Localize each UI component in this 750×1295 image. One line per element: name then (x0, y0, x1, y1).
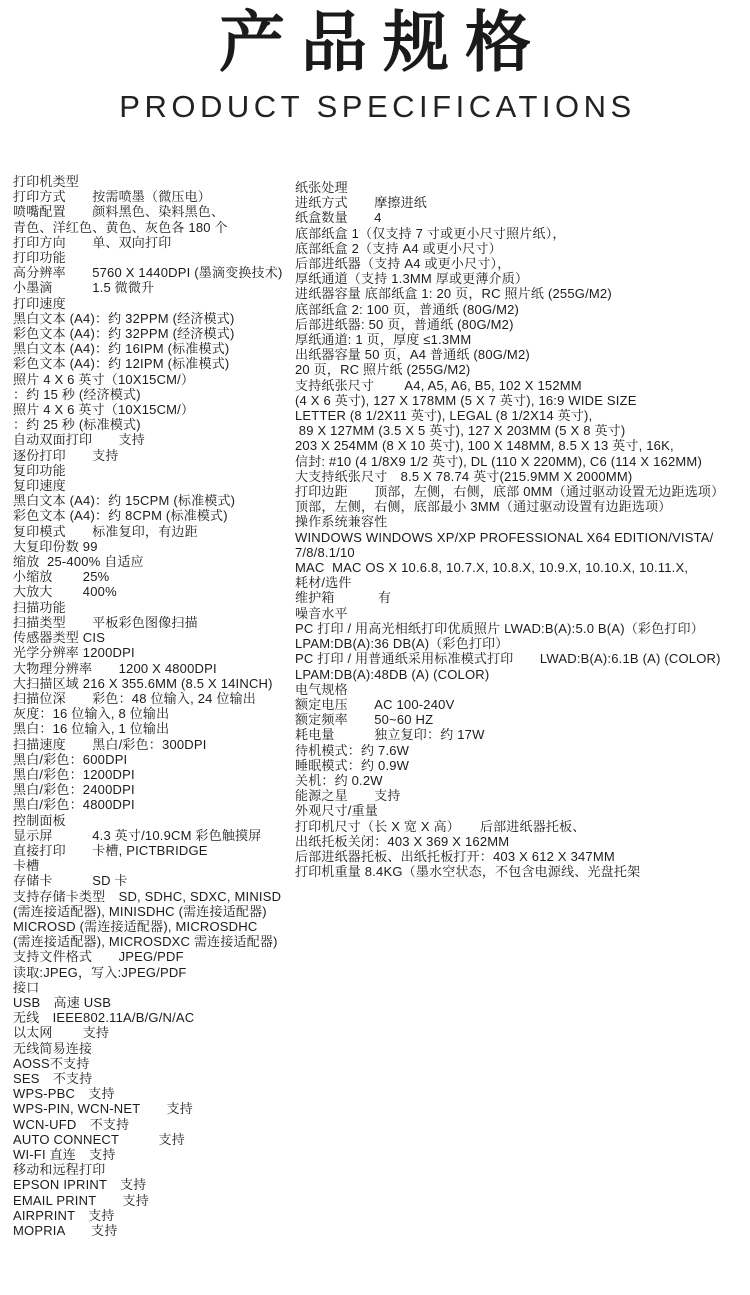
spec-line: 无线 IEEE802.11A/B/G/N/AC (13, 1010, 294, 1025)
spec-line: 打印功能 (13, 250, 294, 265)
spec-line: 高分辨率 5760 X 1440DPI (墨滴变换技术) (13, 265, 294, 280)
spec-line: MAC MAC OS X 10.6.8, 10.7.X, 10.8.X, 10.… (295, 560, 750, 575)
spec-line: PC 打印 / 用普通纸采用标准模式打印 LWAD:B(A):6.1B (A) … (295, 651, 750, 666)
spec-line: 大放大 400% (13, 584, 294, 599)
spec-line: 电气规格 (295, 682, 750, 697)
spec-line: 逐份打印 支持 (13, 448, 294, 463)
spec-line: 大物理分辨率 1200 X 4800DPI (13, 661, 294, 676)
spec-line: ：约 25 秒 (标准模式) (13, 417, 294, 432)
left-spec-column: 打印机类型打印方式 按需喷墨（微压电）喷嘴配置 颜料黑色、染料黑色、青色、洋红色… (13, 174, 294, 1238)
spec-line: 存储卡 SD 卡 (13, 873, 294, 888)
spec-line: 支持存储卡类型 SD, SDHC, SDXC, MINISD (13, 889, 294, 904)
spec-line: 控制面板 (13, 813, 294, 828)
spec-line: 照片 4 X 6 英寸（10X15CM/） (13, 402, 294, 417)
spec-line: 出纸器容量 50 页，A4 普通纸 (80G/M2) (295, 347, 750, 362)
spec-line: 复印速度 (13, 478, 294, 493)
spec-line: 小墨滴 1.5 微微升 (13, 280, 294, 295)
spec-line: 进纸方式 摩擦进纸 (295, 195, 750, 210)
spec-line: WPS-PBC 支持 (13, 1086, 294, 1101)
spec-line: 显示屏 4.3 英寸/10.9CM 彩色触摸屏 (13, 828, 294, 843)
spec-line: 睡眠模式：约 0.9W (295, 758, 750, 773)
spec-line: 厚纸通道（支持 1.3MM 厚或更薄介质） (295, 271, 750, 286)
spec-line: 黑白：16 位输入, 1 位输出 (13, 721, 294, 736)
spec-line: 彩色文本 (A4)：约 8CPM (标准模式) (13, 508, 294, 523)
spec-line: SES 不支持 (13, 1071, 294, 1086)
spec-line: 直接打印 卡槽, PICTBRIDGE (13, 843, 294, 858)
spec-line: 大扫描区域 216 X 355.6MM (8.5 X 14INCH) (13, 676, 294, 691)
spec-line: 耗材/选件 (295, 575, 750, 590)
spec-line: 打印方式 按需喷墨（微压电） (13, 189, 294, 204)
spec-line: 底部纸盒 2（支持 A4 或更小尺寸） (295, 241, 750, 256)
spec-line: 打印方向 单、双向打印 (13, 235, 294, 250)
spec-line: 黑白/彩色：2400DPI (13, 782, 294, 797)
spec-line: AOSS不支持 (13, 1056, 294, 1071)
spec-line: 扫描位深 彩色：48 位输入, 24 位输出 (13, 691, 294, 706)
spec-line: 打印速度 (13, 296, 294, 311)
spec-line: 小缩放 25% (13, 569, 294, 584)
spec-line: 维护箱 有 (295, 590, 750, 605)
spec-line: MICROSD (需连接适配器), MICROSDHC (13, 919, 294, 934)
spec-line: 后部进纸器托板、出纸托板打开：403 X 612 X 347MM (295, 849, 750, 864)
product-spec-sheet: 产品规格 PRODUCT SPECIFICATIONS 打印机类型打印方式 按需… (0, 0, 750, 1295)
spec-line: 传感器类型 CIS (13, 630, 294, 645)
spec-line: USB 高速 USB (13, 995, 294, 1010)
spec-line: 厚纸通道: 1 页，厚度 ≤1.3MM (295, 332, 750, 347)
spec-line: 打印边距 顶部，左侧，右侧，底部 0MM（通过驱动设置无边距选项） (295, 484, 750, 499)
spec-line: 青色、洋红色、黄色、灰色各 180 个 (13, 220, 294, 235)
spec-line: 扫描速度 黑白/彩色：300DPI (13, 737, 294, 752)
spec-line: 黑白/彩色：4800DPI (13, 797, 294, 812)
spec-line: 噪音水平 (295, 606, 750, 621)
spec-line: 纸盒数量 4 (295, 210, 750, 225)
spec-line: 耗电量 独立复印：约 17W (295, 727, 750, 742)
spec-line: 大复印份数 99 (13, 539, 294, 554)
page-title-english: PRODUCT SPECIFICATIONS (0, 90, 750, 124)
spec-line: 黑白/彩色：600DPI (13, 752, 294, 767)
spec-line: WI-FI 直连 支持 (13, 1147, 294, 1162)
spec-line: 后部进纸器: 50 页，普通纸 (80G/M2) (295, 317, 750, 332)
spec-line: 黑白文本 (A4)：约 16IPM (标准模式) (13, 341, 294, 356)
spec-line: 大支持纸张尺寸 8.5 X 78.74 英寸(215.9MM X 2000MM) (295, 469, 750, 484)
spec-line: LETTER (8 1/2X11 英寸), LEGAL (8 1/2X14 英寸… (295, 408, 750, 423)
spec-line: 卡槽 (13, 858, 294, 873)
spec-line: LPAM:DB(A):36 DB(A)（彩色打印） (295, 636, 750, 651)
spec-line: 无线简易连接 (13, 1041, 294, 1056)
spec-line: 底部纸盒 2: 100 页，普通纸 (80G/M2) (295, 302, 750, 317)
spec-line: 支持文件格式 JPEG/PDF (13, 949, 294, 964)
spec-line: 能源之星 支持 (295, 788, 750, 803)
spec-line: LPAM:DB(A):48DB (A) (COLOR) (295, 667, 750, 682)
spec-line: 扫描功能 (13, 600, 294, 615)
spec-line: 读取:JPEG，写入:JPEG/PDF (13, 965, 294, 980)
spec-line: 黑白文本 (A4)：约 32PPM (经济模式) (13, 311, 294, 326)
spec-line: 信封: #10 (4 1/8X9 1/2 英寸), DL (110 X 220M… (295, 454, 750, 469)
spec-line: 7/8/8.1/10 (295, 545, 750, 560)
spec-line: WCN-UFD 不支持 (13, 1117, 294, 1132)
spec-line: MOPRIA 支持 (13, 1223, 294, 1238)
spec-line: 打印机重量 8.4KG（墨水空状态，不包含电源线、光盘托架 (295, 864, 750, 879)
spec-line: 203 X 254MM (8 X 10 英寸), 100 X 148MM, 8.… (295, 438, 750, 453)
spec-line: 喷嘴配置 颜料黑色、染料黑色、 (13, 204, 294, 219)
spec-line: 以太网 支持 (13, 1025, 294, 1040)
spec-line: 照片 4 X 6 英寸（10X15CM/） (13, 372, 294, 387)
spec-line: 黑白文本 (A4)：约 15CPM (标准模式) (13, 493, 294, 508)
spec-line: WINDOWS WINDOWS XP/XP PROFESSIONAL X64 E… (295, 530, 750, 545)
spec-line: 出纸托板关闭：403 X 369 X 162MM (295, 834, 750, 849)
spec-line: (需连接适配器), MINISDHC (需连接适配器) (13, 904, 294, 919)
spec-line: 额定频率 50~60 HZ (295, 712, 750, 727)
spec-line: 支持纸张尺寸 A4, A5, A6, B5, 102 X 152MM (295, 378, 750, 393)
spec-line: 灰度：16 位输入, 8 位输出 (13, 706, 294, 721)
spec-line: AIRPRINT 支持 (13, 1208, 294, 1223)
spec-line: 20 页，RC 照片纸 (255G/M2) (295, 362, 750, 377)
page-title-chinese: 产品规格 (0, 0, 750, 78)
spec-line: 打印机类型 (13, 174, 294, 189)
spec-line: 操作系统兼容性 (295, 514, 750, 529)
spec-line: 打印机尺寸（长 X 宽 X 高） 后部进纸器托板、 (295, 819, 750, 834)
spec-line: 彩色文本 (A4)：约 32PPM (经济模式) (13, 326, 294, 341)
spec-line: WPS-PIN, WCN-NET 支持 (13, 1101, 294, 1116)
spec-line: 纸张处理 (295, 180, 750, 195)
spec-line: 扫描类型 平板彩色图像扫描 (13, 615, 294, 630)
spec-line: (需连接适配器), MICROSDXC 需连接适配器) (13, 934, 294, 949)
spec-line: 接口 (13, 980, 294, 995)
spec-line: 移动和远程打印 (13, 1162, 294, 1177)
spec-line: 进纸器容量 底部纸盒 1: 20 页，RC 照片纸 (255G/M2) (295, 286, 750, 301)
spec-line: 复印模式 标准复印，有边距 (13, 524, 294, 539)
spec-line: 待机模式：约 7.6W (295, 743, 750, 758)
spec-line: 顶部，左侧，右侧，底部最小 3MM（通过驱动设置有边距选项） (295, 499, 750, 514)
spec-line: 关机：约 0.2W (295, 773, 750, 788)
spec-line: 89 X 127MM (3.5 X 5 英寸), 127 X 203MM (5 … (295, 423, 750, 438)
spec-line: 黑白/彩色：1200DPI (13, 767, 294, 782)
spec-line: EMAIL PRINT 支持 (13, 1193, 294, 1208)
spec-line: 后部进纸器（支持 A4 或更小尺寸）， (295, 256, 750, 271)
spec-line: PC 打印 / 用高光相纸打印优质照片 LWAD:B(A):5.0 B(A)（彩… (295, 621, 750, 636)
spec-line: ：约 15 秒 (经济模式) (13, 387, 294, 402)
spec-line: 缩放 25-400% 自适应 (13, 554, 294, 569)
spec-line: AUTO CONNECT 支持 (13, 1132, 294, 1147)
spec-line: 额定电压 AC 100-240V (295, 697, 750, 712)
spec-line: 底部纸盒 1（仅支持 7 寸或更小尺寸照片纸）， (295, 226, 750, 241)
spec-line: 外观尺寸/重量 (295, 803, 750, 818)
right-spec-column: 纸张处理进纸方式 摩擦进纸纸盒数量 4底部纸盒 1（仅支持 7 寸或更小尺寸照片… (295, 180, 750, 879)
spec-line: 复印功能 (13, 463, 294, 478)
spec-line: 彩色文本 (A4)：约 12IPM (标准模式) (13, 356, 294, 371)
spec-line: (4 X 6 英寸), 127 X 178MM (5 X 7 英寸), 16:9… (295, 393, 750, 408)
spec-line: 自动双面打印 支持 (13, 432, 294, 447)
spec-line: 光学分辨率 1200DPI (13, 645, 294, 660)
spec-line: EPSON IPRINT 支持 (13, 1177, 294, 1192)
